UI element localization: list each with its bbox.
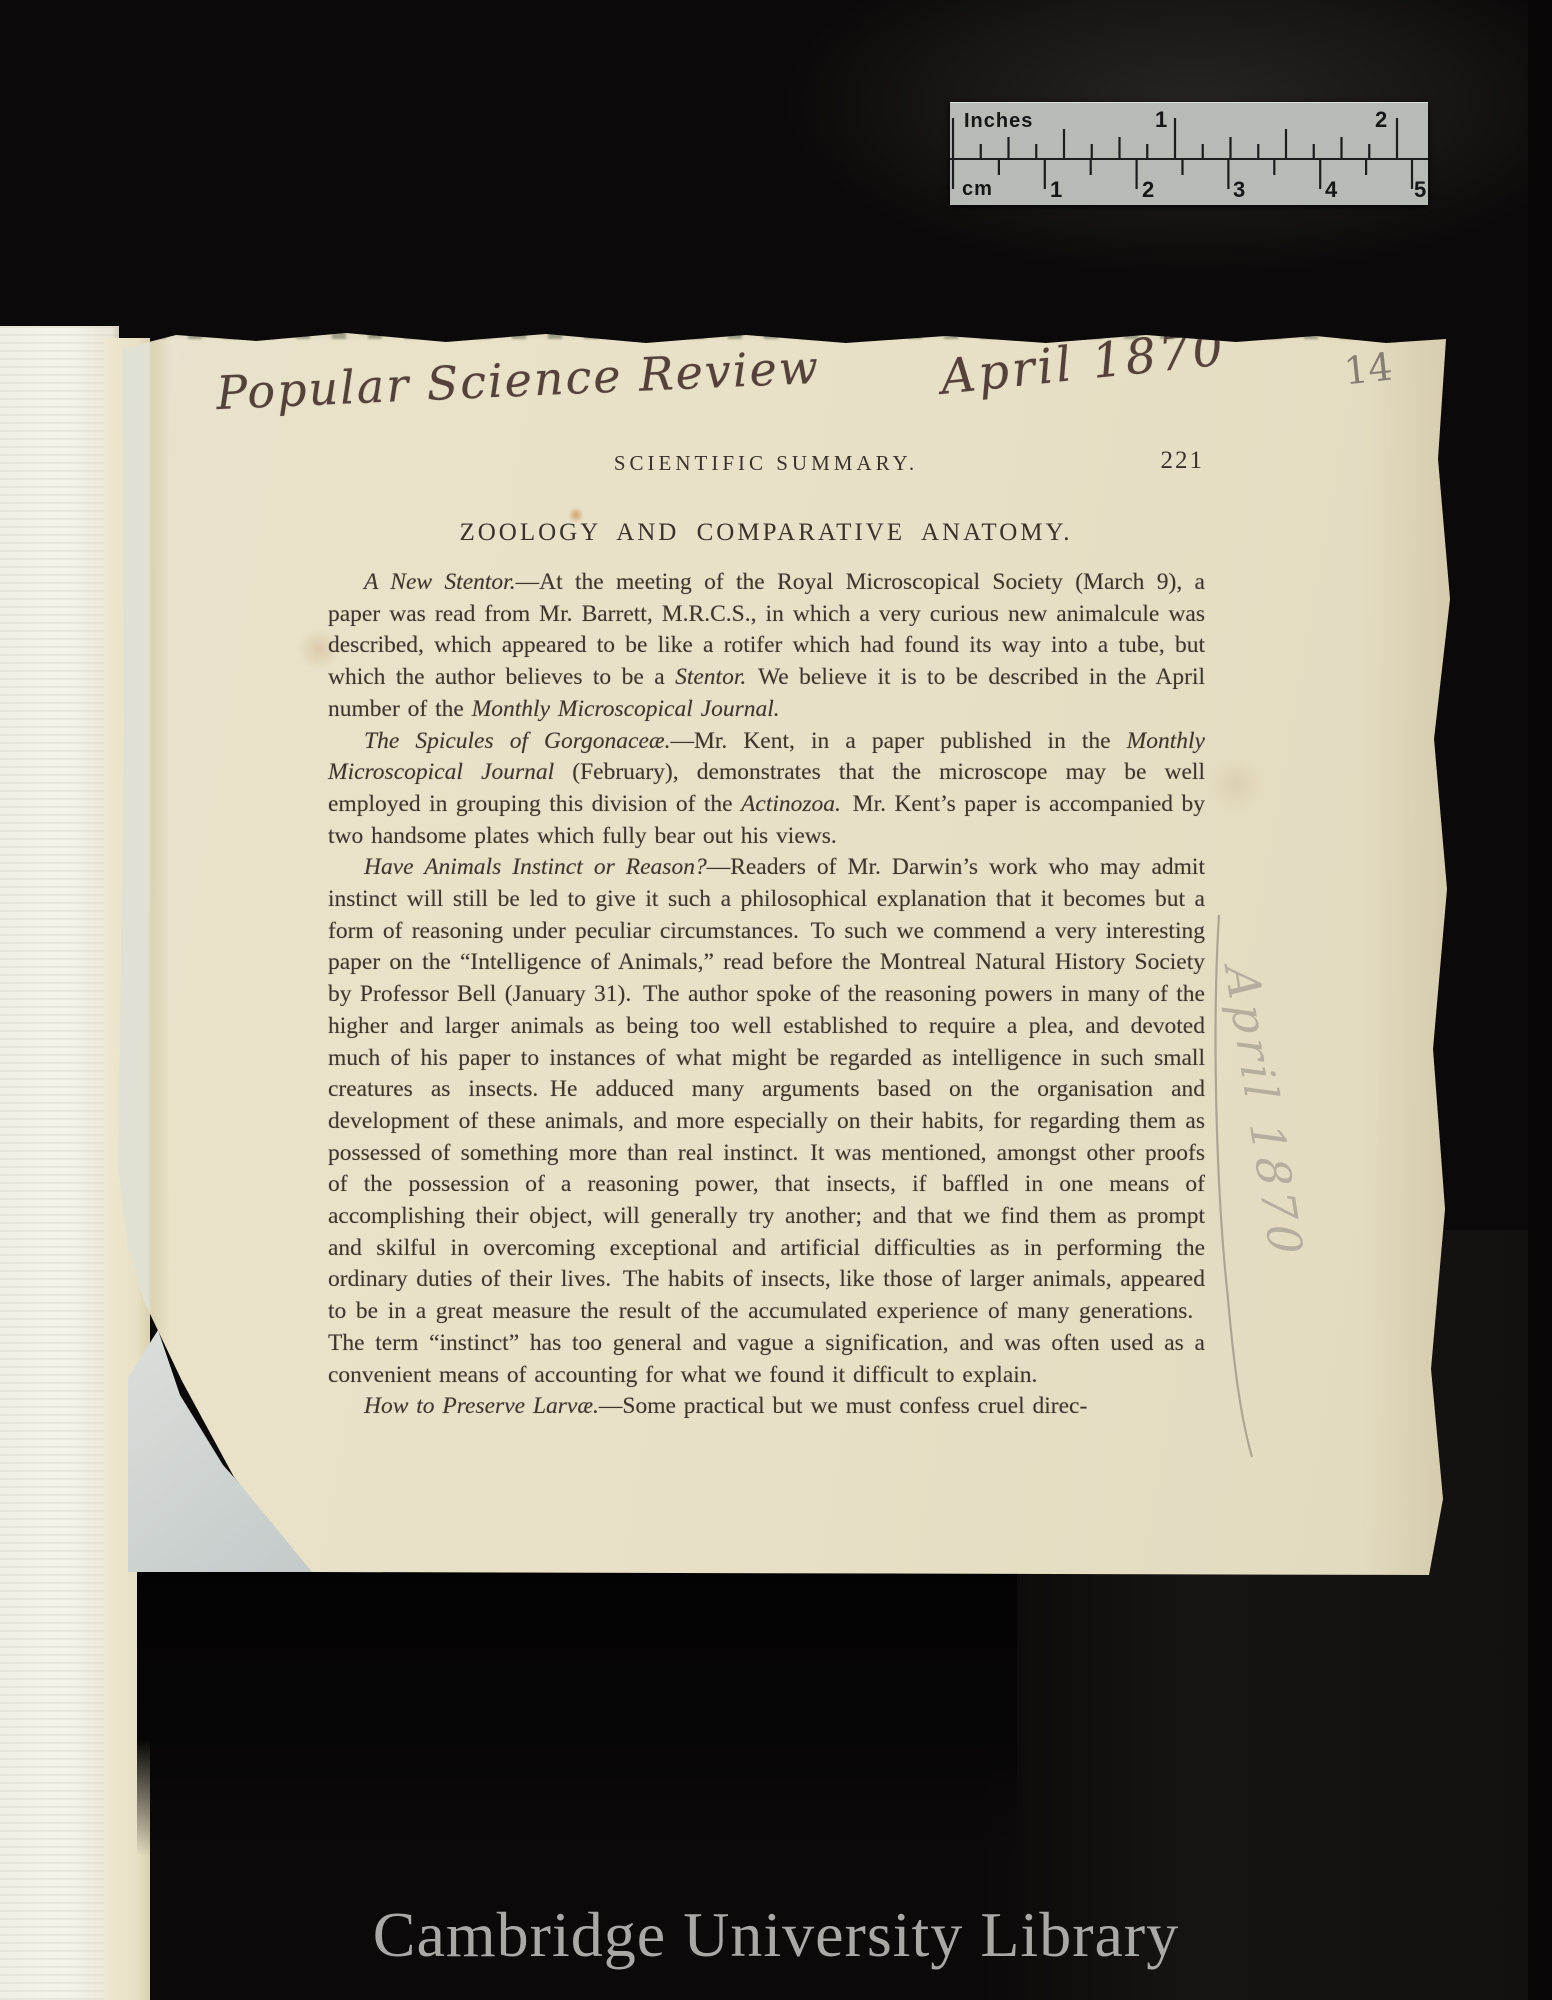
ruler-number: 5 [1414, 177, 1426, 203]
ruler-number: 3 [1233, 177, 1245, 203]
article-paragraph: How to Preserve Larvæ.—Some practical bu… [328, 1391, 1205, 1423]
ruler-number: 4 [1325, 177, 1337, 203]
album-page-edge [0, 326, 119, 2000]
section-heading: ZOOLOGY AND COMPARATIVE ANATOMY. [328, 519, 1204, 547]
photographic-scale-ruler: Inches 12 cm 12345 [950, 102, 1428, 205]
scanned-document-photo: Popular Science Review April 1870 14 Apr… [0, 0, 1552, 2000]
ruler-cm-label: cm [962, 178, 993, 201]
article-paragraph: A New Stentor.—At the meeting of the Roy… [328, 567, 1205, 726]
ruler-inches-scale: Inches 12 [950, 102, 1428, 160]
article-paragraph: Have Animals Instinct or Reason?—Readers… [328, 852, 1205, 1391]
article-paragraphs: A New Stentor.—At the meeting of the Roy… [328, 567, 1205, 1423]
printed-clipping-page: Popular Science Review April 1870 14 Apr… [116, 329, 1450, 1575]
ruler-number: 1 [1155, 107, 1167, 133]
ruler-cm-ticks [950, 160, 1428, 205]
ruler-cm-scale: cm 12345 [950, 160, 1428, 205]
velvet-seam-right [1528, 0, 1552, 2000]
article-paragraph: The Spicules of Gorgonaceæ.—Mr. Kent, in… [328, 726, 1205, 853]
ruler-number: 2 [1142, 177, 1154, 203]
ruler-number: 1 [1050, 177, 1062, 203]
ruler-inches-label: Inches [964, 110, 1033, 133]
library-watermark: Cambridge University Library [196, 1898, 1356, 1972]
shadow-below-clipping [137, 1566, 1017, 1856]
page-number: 221 [328, 447, 1204, 475]
ruler-number: 2 [1375, 107, 1387, 133]
